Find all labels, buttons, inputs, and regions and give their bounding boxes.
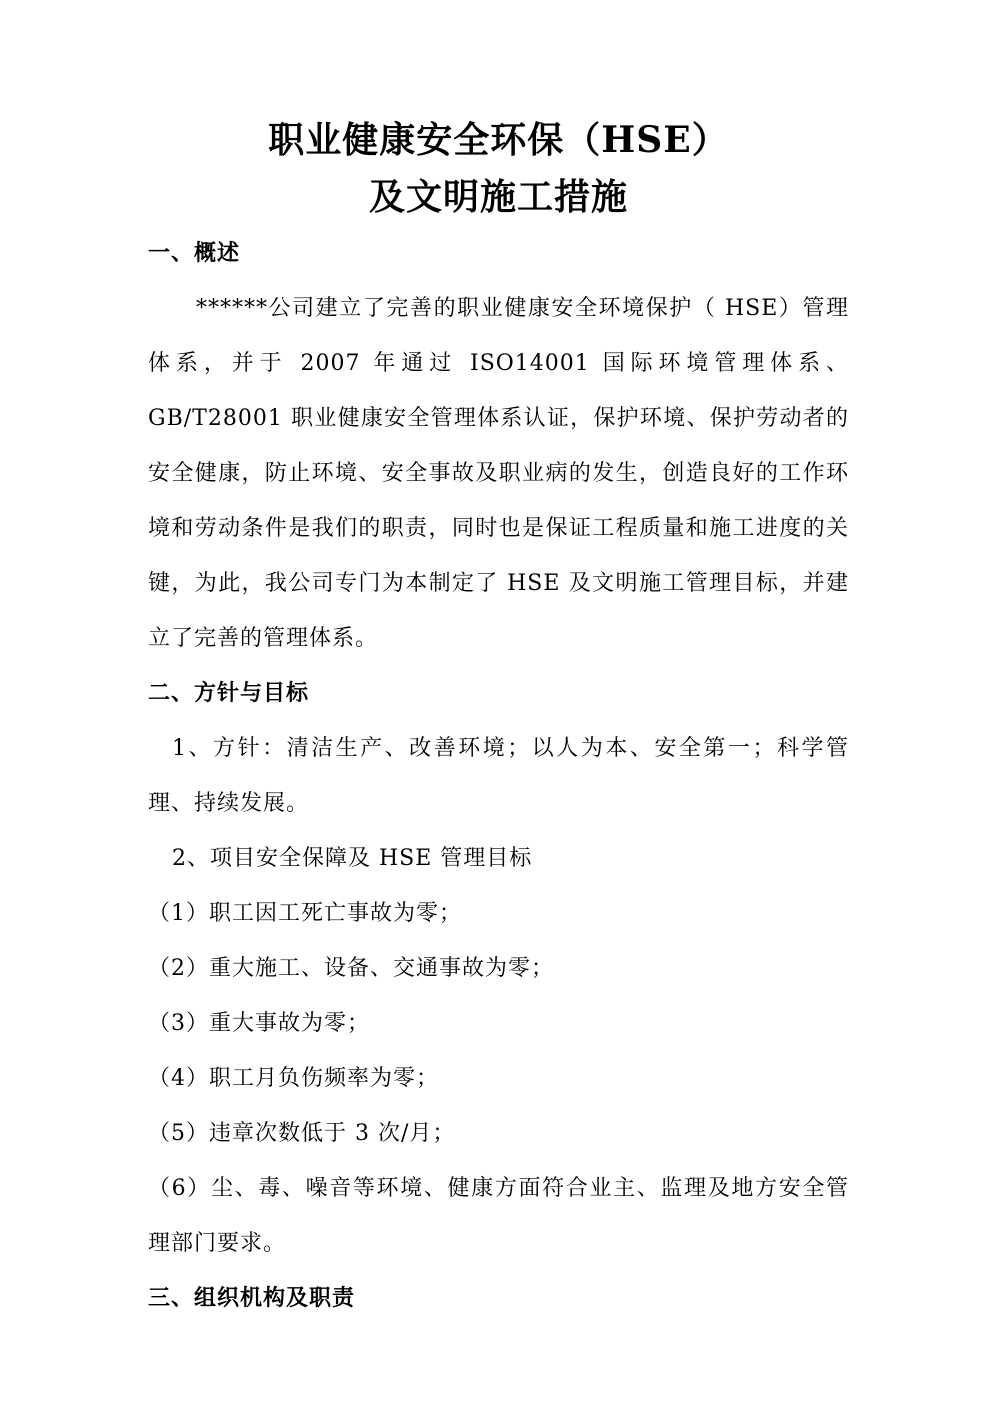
overview-paragraph: ******公司建立了完善的职业健康安全环境保护（ HSE）管理体系，并于 20… (148, 281, 849, 666)
goal-item-4: （4）职工月负伤频率为零； (148, 1051, 849, 1106)
document-page: 职业健康安全环保（HSE） 及文明施工措施 一、概述 ******公司建立了完善… (0, 0, 993, 1404)
policy-statement: 1、方针：清洁生产、改善环境；以人为本、安全第一；科学管理、持续发展。 (148, 721, 849, 831)
document-title-line-1: 职业健康安全环保（HSE） (148, 112, 849, 169)
goal-item-5: （5）违章次数低于 3 次/月； (148, 1106, 849, 1161)
goals-subheading: 2、项目安全保障及 HSE 管理目标 (148, 831, 849, 886)
section-heading-organization: 三、组织机构及职责 (148, 1271, 849, 1326)
section-heading-policy-goals: 二、方针与目标 (148, 666, 849, 721)
section-heading-overview: 一、概述 (148, 226, 849, 281)
goal-item-3: （3）重大事故为零； (148, 996, 849, 1051)
document-title-line-2: 及文明施工措施 (148, 169, 849, 226)
document-title: 职业健康安全环保（HSE） 及文明施工措施 (148, 112, 849, 226)
goal-item-2: （2）重大施工、设备、交通事故为零； (148, 941, 849, 996)
goal-item-6: （6）尘、毒、噪音等环境、健康方面符合业主、监理及地方安全管理部门要求。 (148, 1161, 849, 1271)
goal-item-1: （1）职工因工死亡事故为零； (148, 886, 849, 941)
